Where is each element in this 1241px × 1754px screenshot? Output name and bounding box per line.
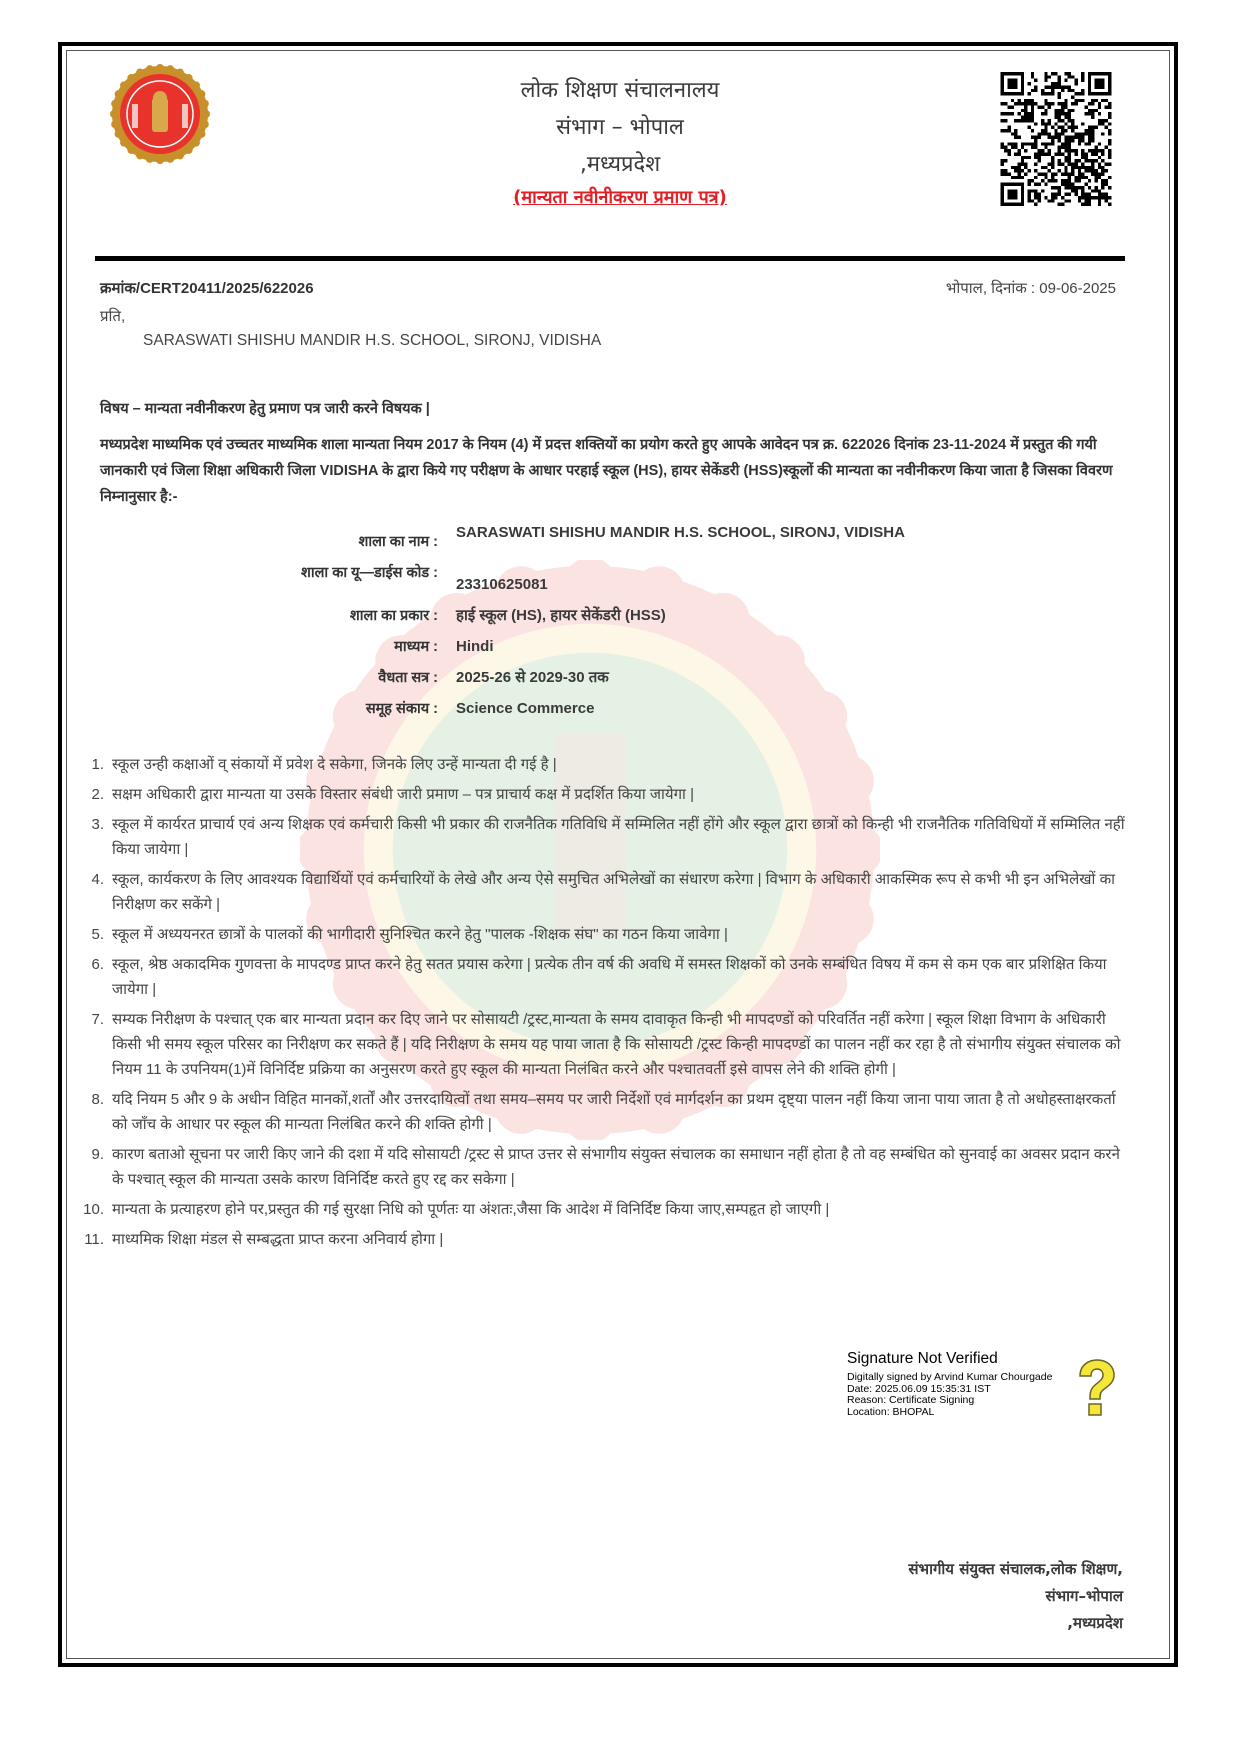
detail-label: समूह संकाय : (240, 698, 438, 720)
detail-label: शाला का प्रकार : (240, 605, 438, 627)
detail-label: वैधता सत्र : (240, 667, 438, 689)
detail-value: Hindi (456, 636, 936, 658)
condition-item: 8.यदि नियम 5 और 9 के अधीन विहित मानकों,श… (82, 1087, 1132, 1137)
mp-government-emblem-icon (110, 64, 210, 164)
detail-row-udise-code: शाला का यू—डाईस कोड : 23310625081 (240, 562, 960, 596)
condition-item: 2.सक्षम अधिकारी द्वारा मान्यता या उसके व… (82, 782, 1132, 807)
detail-label: शाला का नाम : (240, 522, 438, 553)
condition-text: माध्यमिक शिक्षा मंडल से सम्बद्धता प्राप्… (112, 1227, 1132, 1252)
detail-value: SARASWATI SHISHU MANDIR H.S. SCHOOL, SIR… (456, 522, 936, 544)
condition-item: 6.स्कूल, श्रेष्ठ अकादमिक गुणवत्ता के माप… (82, 952, 1132, 1002)
condition-number: 1. (82, 752, 104, 777)
detail-value: हाई स्कूल (HS), हायर सेकेंडरी (HSS) (456, 605, 936, 627)
detail-value: 2025-26 से 2029-30 तक (456, 667, 936, 689)
detail-row-school-type: शाला का प्रकार : हाई स्कूल (HS), हायर से… (240, 605, 960, 627)
detail-row-faculty: समूह संकाय : Science Commerce (240, 698, 960, 720)
condition-number: 11. (82, 1227, 104, 1252)
detail-value: 23310625081 (456, 562, 936, 596)
state-name: ,मध्यप्रदेश (330, 146, 910, 183)
issue-date: भोपाल, दिनांक : 09-06-2025 (946, 278, 1116, 298)
condition-item: 10.मान्यता के प्रत्याहरण होने पर,प्रस्तु… (82, 1197, 1132, 1222)
certificate-title: (मान्यता नवीनीकरण प्रमाण पत्र) (330, 183, 910, 213)
condition-text: सम्यक निरीक्षण के पश्चात् एक बार मान्यता… (112, 1007, 1132, 1082)
condition-item: 9.कारण बताओ सूचना पर जारी किए जाने की दश… (82, 1142, 1132, 1192)
conditions-list: 1.स्कूल उन्ही कक्षाओं व् संकायों में प्र… (82, 752, 1132, 1257)
condition-item: 3.स्कूल में कार्यरत प्राचार्य एवं अन्य श… (82, 812, 1132, 862)
signatory-line2: संभाग–भोपाल (908, 1583, 1123, 1610)
detail-value: Science Commerce (456, 698, 936, 720)
department-name: लोक शिक्षण संचालनालय (330, 72, 910, 109)
condition-item: 11.माध्यमिक शिक्षा मंडल से सम्बद्धता प्र… (82, 1227, 1132, 1252)
intro-paragraph: मध्यप्रदेश माध्यमिक एवं उच्चतर माध्यमिक … (100, 432, 1130, 510)
condition-item: 1.स्कूल उन्ही कक्षाओं व् संकायों में प्र… (82, 752, 1132, 777)
division-name: संभाग – भोपाल (330, 109, 910, 146)
condition-number: 4. (82, 867, 104, 917)
condition-number: 9. (82, 1142, 104, 1192)
detail-row-medium: माध्यम : Hindi (240, 636, 960, 658)
letterhead: लोक शिक्षण संचालनालय संभाग – भोपाल ,मध्य… (330, 72, 910, 213)
condition-text: सक्षम अधिकारी द्वारा मान्यता या उसके विस… (112, 782, 1132, 807)
condition-text: स्कूल उन्ही कक्षाओं व् संकायों में प्रवे… (112, 752, 1132, 777)
question-mark-icon (1072, 1358, 1118, 1418)
condition-text: स्कूल में अध्ययनरत छात्रों के पालकों की … (112, 922, 1132, 947)
detail-label: शाला का यू—डाईस कोड : (280, 562, 438, 584)
condition-number: 7. (82, 1007, 104, 1082)
signatory-line3: ,मध्यप्रदेश (908, 1610, 1123, 1637)
condition-text: स्कूल, कार्यकरण के लिए आवश्यक विद्यार्थि… (112, 867, 1132, 917)
signatory-line1: संभागीय संयुक्त संचालक,लोक शिक्षण, (908, 1556, 1123, 1583)
subject-line: विषय – मान्यता नवीनीकरण हेतु प्रमाण पत्र… (100, 398, 430, 418)
addressee: SARASWATI SHISHU MANDIR H.S. SCHOOL, SIR… (143, 332, 601, 350)
header-divider (95, 256, 1125, 261)
condition-text: मान्यता के प्रत्याहरण होने पर,प्रस्तुत क… (112, 1197, 1132, 1222)
condition-item: 4.स्कूल, कार्यकरण के लिए आवश्यक विद्यार्… (82, 867, 1132, 917)
condition-text: कारण बताओ सूचना पर जारी किए जाने की दशा … (112, 1142, 1132, 1192)
condition-number: 10. (82, 1197, 104, 1222)
qr-code-icon[interactable] (1000, 72, 1112, 206)
detail-label: माध्यम : (240, 636, 438, 658)
condition-number: 3. (82, 812, 104, 862)
detail-row-school-name: शाला का नाम : SARASWATI SHISHU MANDIR H.… (240, 522, 960, 553)
condition-number: 6. (82, 952, 104, 1002)
condition-number: 5. (82, 922, 104, 947)
to-label: प्रति, (100, 306, 125, 326)
condition-text: स्कूल, श्रेष्ठ अकादमिक गुणवत्ता के मापदण… (112, 952, 1132, 1002)
condition-number: 2. (82, 782, 104, 807)
condition-text: स्कूल में कार्यरत प्राचार्य एवं अन्य शिक… (112, 812, 1132, 862)
reference-number: क्रमांक/CERT20411/2025/622026 (100, 278, 314, 298)
condition-text: यदि नियम 5 और 9 के अधीन विहित मानकों,शर्… (112, 1087, 1132, 1137)
condition-item: 5.स्कूल में अध्ययनरत छात्रों के पालकों क… (82, 922, 1132, 947)
condition-number: 8. (82, 1087, 104, 1137)
digital-signature-block[interactable]: Signature Not Verified Digitally signed … (847, 1350, 1127, 1418)
condition-item: 7.सम्यक निरीक्षण के पश्चात् एक बार मान्य… (82, 1007, 1132, 1082)
signatory-designation: संभागीय संयुक्त संचालक,लोक शिक्षण, संभाग… (908, 1556, 1123, 1637)
school-details: शाला का नाम : SARASWATI SHISHU MANDIR H.… (240, 522, 960, 729)
detail-row-validity: वैधता सत्र : 2025-26 से 2029-30 तक (240, 667, 960, 689)
